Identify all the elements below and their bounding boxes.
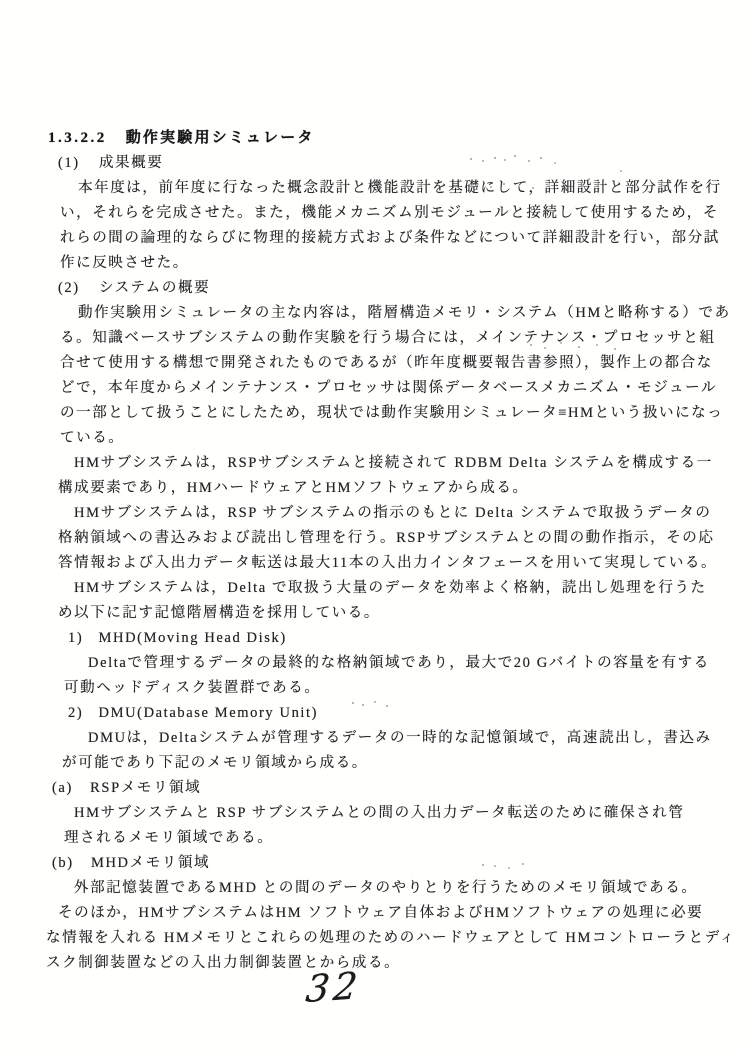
list-item-b-label: (b) (52, 855, 74, 871)
body-line: 動作実験用シミュレータの主な内容は，階層構造メモリ・システム（HMと略称する）で… (0, 301, 750, 326)
body-line: が可能であり下記のメモリ領域から成る。 (0, 751, 750, 776)
list-item-1: 1) MHD(Moving Head Disk) (0, 626, 750, 651)
body-line: HMサブシステムは，RSP サブシステムの指示のもとに Delta システムで取… (0, 501, 750, 526)
handwritten-page-number: 32 (304, 964, 364, 1011)
section-title: 動作実験用シミュレータ (126, 130, 315, 146)
body-line: 外部記憶装置であるMHD との間のデータのやりとりを行うためのメモリ領域である。 (0, 876, 750, 901)
subsection-2-label: (2) (58, 280, 80, 296)
body-line: スク制御装置などの入出力制御装置とから成る。 (0, 951, 750, 976)
body-line: HMサブシステムは，Delta で取扱う大量のデータを効率よく格納，読出し処理を… (0, 576, 750, 601)
list-item-a: (a) RSPメモリ領域 (0, 776, 750, 801)
scan-noise (470, 158, 472, 160)
scan-noise (352, 702, 354, 704)
body-line: 本年度は，前年度に行なった概念設計と機能設計を基礎にして，詳細設計と部分試作を行 (0, 176, 750, 201)
subsection-1-title: 成果概要 (99, 155, 163, 171)
list-item-a-title: RSPメモリ領域 (90, 780, 201, 796)
body-line: 合せて使用する構想で開発されたものであるが（昨年度概要報告書参照），製作上の都合… (0, 351, 750, 376)
section-number: 1.3.2.2 (48, 130, 107, 146)
body-line: DMUは，Deltaシステムが管理するデータの一時的な記憶領域で，高速読出し，書… (0, 726, 750, 751)
body-line: Deltaで管理するデータの最終的な格納領域であり，最大で20 Gバイトの容量を… (0, 651, 750, 676)
body-line: 可動ヘッドディスク装置群である。 (0, 676, 750, 701)
section-heading: 1.3.2.2 動作実験用シミュレータ (0, 126, 750, 151)
body-line: 理されるメモリ領域である。 (0, 826, 750, 851)
subsection-2-title: システムの概要 (99, 280, 210, 296)
list-item-1-label: 1) (68, 630, 83, 646)
subsection-2: (2) システムの概要 (0, 276, 750, 301)
list-item-2-label: 2) (68, 705, 83, 721)
list-item-b-title: MHDメモリ領域 (91, 855, 210, 871)
body-line: れらの間の論理的ならびに物理的接続方式および条件などについて詳細設計を行い，部分… (0, 226, 750, 251)
body-line: る。知識ベースサブシステムの動作実験を行う場合には，メインテナンス・プロセッサと… (0, 326, 750, 351)
body-line: 作に反映させた。 (0, 251, 750, 276)
body-line: 答情報および入出力データ転送は最大11本の入出力インタフェースを用いて実現してい… (0, 551, 750, 576)
list-item-2-title: DMU(Database Memory Unit) (99, 705, 319, 721)
subsection-1-label: (1) (58, 155, 80, 171)
body-line: HMサブシステムと RSP サブシステムとの間の入出力データ転送のために確保され… (0, 801, 750, 826)
body-line: ている。 (0, 426, 750, 451)
body-line: な情報を入れる HMメモリとこれらの処理のためのハードウェアとして HMコントロ… (0, 926, 750, 951)
body-line: HMサブシステムは，RSPサブシステムと接続されて RDBM Delta システ… (0, 451, 750, 476)
scan-noise (530, 344, 532, 346)
body-line: 格納領域への書込みおよび読出し管理を行う。RSPサブシステムとの間の動作指示，そ… (0, 526, 750, 551)
subsection-1: (1) 成果概要 (0, 151, 750, 176)
scanned-document-page: 1.3.2.2 動作実験用シミュレータ (1) 成果概要 本年度は，前年度に行な… (0, 0, 750, 1054)
document-body: 1.3.2.2 動作実験用シミュレータ (1) 成果概要 本年度は，前年度に行な… (0, 126, 750, 976)
body-line: どで，本年度からメインテナンス・プロセッサは関係データベースメカニズム・モジュー… (0, 376, 750, 401)
body-line: そのほか，HMサブシステムはHM ソフトウェア自体およびHMソフトウェアの処理に… (0, 901, 750, 926)
body-line: い，それらを完成させた。また，機能メカニズム別モジュールと接続して使用するため，… (0, 201, 750, 226)
body-line: め以下に記す記憶階層構造を採用している。 (0, 601, 750, 626)
body-line: の一部として扱うことにしたため，現状では動作実験用シミュレータ≡HMという扱いに… (0, 401, 750, 426)
list-item-2: 2) DMU(Database Memory Unit) (0, 701, 750, 726)
body-line: 構成要素であり，HMハードウェアとHMソフトウェアから成る。 (0, 476, 750, 501)
list-item-1-title: MHD(Moving Head Disk) (99, 630, 287, 646)
list-item-b: (b) MHDメモリ領域 (0, 851, 750, 876)
list-item-a-label: (a) (52, 780, 73, 796)
scan-noise (482, 864, 484, 866)
